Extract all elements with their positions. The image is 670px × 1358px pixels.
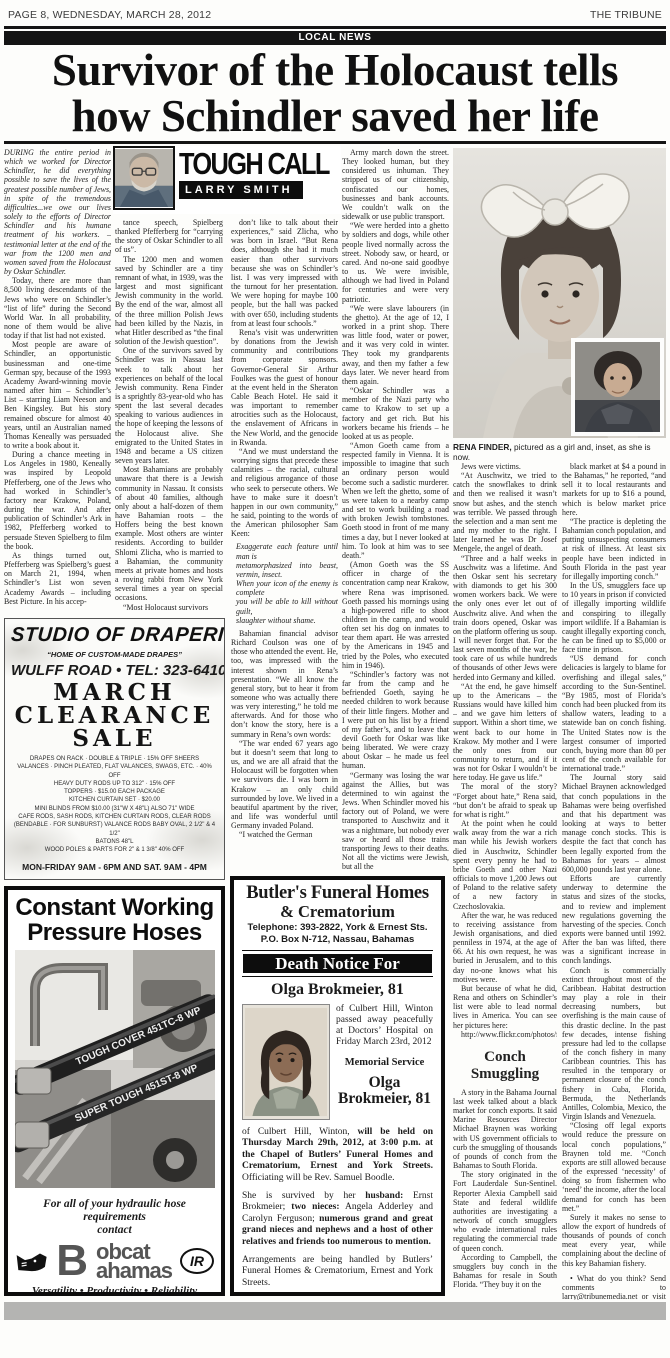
death-notice-banner: Death Notice For (242, 950, 433, 977)
paragraph: Most Bahamians are probably unaware that… (115, 465, 223, 602)
bottom-divider-bar (4, 1302, 666, 1320)
bobcat-brand-row: B obcat ahamas IR (15, 1241, 214, 1281)
headline: Survivor of the Holocaust tells how Schi… (0, 47, 670, 139)
hoses-ad-tagline: For all of your hydraulic hose requireme… (15, 1198, 214, 1237)
paragraph: slaughter without shame. (231, 616, 338, 625)
deceased-photo (242, 1004, 330, 1120)
paragraph: After the war, he was reduced to receivi… (453, 911, 557, 984)
top-rule (4, 26, 666, 29)
paragraph: At the point when he could walk away fro… (453, 819, 557, 911)
obituary-row: of Culbert Hill, Winton passed away peac… (242, 1004, 433, 1120)
paragraph: TOPPERS · $15.00 EACH PACKAGE (11, 788, 218, 796)
paragraph: Bahamian financial advisor Richard Couls… (231, 629, 338, 739)
paragraph: During a chance meeting in Los Angeles i… (4, 450, 111, 551)
text-segment: of Culbert Hill, Winton, (242, 1127, 358, 1137)
paper-name: THE TRIBUNE (590, 9, 662, 21)
service-name-line2: Brokmeier, 81 (336, 1091, 433, 1107)
paragraph: MINI BLINDS FROM $10.00 (31"W X 48"L) AL… (11, 805, 218, 813)
photo-caption: RENA FINDER, pictured as a girl and, ins… (453, 442, 666, 462)
funeral-home-contact: Telephone: 393-2822, York & Ernest Sts. … (242, 922, 433, 945)
paragraph: CAFE RODS, SASH RODS, KITCHEN CURTAIN RO… (11, 813, 218, 821)
column-1-paragraphs: Today, there are more than 8,500 living … (4, 276, 111, 606)
paragraph: black market at $4 a pound in the Bahama… (562, 462, 666, 517)
ir-logo-icon: IR (180, 1248, 214, 1274)
studio-ad-name: STUDIO OF DRAPERIES (10, 624, 219, 647)
paragraph: “And we must understand the worrying sig… (231, 447, 338, 539)
studio-ad-items: DRAPES ON RACK · DOUBLE & TRIPLE · 15% O… (11, 755, 218, 855)
sale-line-2: CLEARANCE (11, 704, 218, 727)
paragraph: When your icon of the enemy is complete (231, 579, 338, 597)
obit-intro-text: of Culbert Hill, Winton passed away peac… (336, 1004, 433, 1048)
paragraph: The Journal story said Michael Braynen a… (562, 773, 666, 874)
funeral-home-name2: & Crematorium (242, 903, 433, 920)
paragraph: The 1200 men and women saved by Schindle… (115, 255, 223, 347)
column-5-paragraphs: Jews were victims.“At Auschwitz, we trie… (453, 462, 557, 1039)
paragraph: “Most Holocaust survivors (115, 603, 223, 612)
conch-smuggling-heading: Conch Smuggling (453, 1049, 557, 1083)
girl-portrait-image (453, 148, 666, 438)
paragraph: (Amon Goeth was the SS officer in charge… (342, 560, 449, 670)
tough-call-text: TOUGH CALL LARRY SMITH (179, 146, 362, 214)
paragraph: Army march down the street. They looked … (342, 148, 449, 221)
column-byline: LARRY SMITH (179, 181, 303, 199)
paragraph: “I watched the German (231, 830, 338, 839)
paragraph: KITCHEN CURTAIN SET · $20.00 (11, 796, 218, 804)
paragraph: don’t like to talk about their experienc… (231, 218, 338, 328)
column-3-paragraphs: don’t like to talk about their experienc… (231, 218, 338, 538)
service-details: of Culbert Hill, Winton, will be held on… (242, 1127, 433, 1184)
bobcat-brand-words: obcat ahamas (96, 1242, 172, 1280)
paragraph: The moral of the story? “Forget about ha… (453, 782, 557, 819)
paragraph: A story in the Bahama Journal last week … (453, 1088, 557, 1170)
tough-call-logo: TOUGH CALL LARRY SMITH (113, 146, 341, 214)
rena-finder-photo (453, 148, 666, 438)
paragraph: “Germany was losing the war against the … (342, 771, 449, 872)
paragraph: The story originated in the Fort Lauderd… (453, 1170, 557, 1252)
article-column-2: tance speech, Spielberg thanked Pfefferb… (115, 218, 223, 616)
paragraph: “Schindler’s factory was not far from th… (342, 670, 449, 771)
obituary-intro-block: of Culbert Hill, Winton passed away peac… (336, 1004, 433, 1120)
text-segment: Officiating will be Rev. Samuel Boodle. (242, 1173, 395, 1183)
paragraph: Most people are aware of Schindler, an o… (4, 340, 111, 450)
paragraph: “We were slave labourers (in the ghetto)… (342, 304, 449, 386)
section-banner: LOCAL NEWS (4, 31, 666, 45)
caption-name: RENA FINDER, (453, 442, 512, 452)
sale-line-3: SALE (11, 727, 218, 750)
bobcat-logo-icon (15, 1248, 48, 1274)
brand-word-ahamas: ahamas (96, 1261, 172, 1280)
studio-ad-tagline: “HOME OF CUSTOM-MADE DRAPES” (11, 650, 218, 659)
paragraph: VALANCES · PINCH PLEATED, FLAT VALANCES,… (11, 763, 218, 780)
studio-of-draperies-ad: STUDIO OF DRAPERIES “HOME OF CUSTOM-MADE… (4, 618, 225, 880)
studio-ad-hours: MON-FRIDAY 9AM - 6PM AND SAT. 9AM - 4PM (11, 862, 218, 872)
paragraph: (BENDABLE · FOR SUNBURST) VALANCE RODS B… (11, 821, 218, 838)
hoses-ad-title: Constant Working Pressure Hoses (15, 895, 214, 945)
paragraph: “The war ended 67 years ago but it doesn… (231, 739, 338, 831)
funeral-pobox-line: P.O. Box N-712, Nassau, Bahamas (242, 934, 433, 946)
paragraph: tance speech, Spielberg thanked Pfefferb… (115, 218, 223, 255)
sam-keen-poem: Exaggerate each feature until man ismeta… (231, 542, 338, 624)
paragraph: According to Campbell, the smugglers buy… (453, 1253, 557, 1290)
article-column-3: don’t like to talk about their experienc… (231, 218, 338, 872)
paragraph: Today, there are more than 8,500 living … (4, 276, 111, 340)
paragraph: HEAVY DUTY RODS UP TO 312" · 15% OFF (11, 780, 218, 788)
funeral-phone-line: Telephone: 393-2822, York & Ernest Sts. (242, 922, 433, 934)
paragraph: WOOD POLES & PARTS FOR 2" & 1 3/8" 40% O… (11, 846, 218, 854)
column-title: TOUGH CALL (179, 148, 329, 180)
paragraph: Rena’s visit was underwritten by donatio… (231, 328, 338, 447)
paragraph: “US demand for conch delicacies is large… (562, 654, 666, 773)
page-date: PAGE 8, WEDNESDAY, MARCH 28, 2012 (8, 9, 211, 21)
paragraph: “Closing off legal exports would reduce … (562, 1121, 666, 1213)
pressure-hoses-ad: Constant Working Pressure Hoses TOUGH CO… (4, 886, 225, 1296)
headline-line1: Survivor of the Holocaust tells (0, 47, 670, 93)
paragraph: “At Auschwitz, we tried to catch the sno… (453, 471, 557, 553)
hoses-ad-values: Versatility • Productivity • Reliability (15, 1285, 214, 1296)
hoses-title-line2: Pressure Hoses (15, 920, 214, 945)
studio-ad-sale-title: MARCH CLEARANCE SALE (11, 681, 218, 750)
service-name: Olga Brokmeier, 81 (336, 1075, 433, 1107)
article-column-5: Jews were victims.“At Auschwitz, we trie… (453, 462, 557, 1300)
paragraph: “At the end, he gave himself up to the A… (453, 682, 557, 783)
paragraph: DRAPES ON RACK · DOUBLE & TRIPLE · 15% O… (11, 755, 218, 763)
column-4-paragraphs: Army march down the street. They looked … (342, 148, 449, 871)
newspaper-page: PAGE 8, WEDNESDAY, MARCH 28, 2012 THE TR… (0, 0, 670, 1358)
hoses-tagline-line1: For all of your hydraulic hose requireme… (15, 1198, 214, 1224)
article-column-6: black market at $4 a pound in the Bahama… (562, 462, 666, 1300)
service-name-line1: Olga (336, 1075, 433, 1091)
arrangements: Arrangements are being handled by Butler… (242, 1255, 433, 1289)
paragraph: Exaggerate each feature until man is (231, 542, 338, 560)
text-segment: She is survived by her (242, 1191, 365, 1201)
paragraph: “Three and a half weeks in Auschwitz was… (453, 554, 557, 682)
paragraph: Efforts are currently underway to determ… (562, 874, 666, 966)
article-column-4: Army march down the street. They looked … (342, 148, 449, 872)
paragraph: Jews were victims. (453, 462, 557, 471)
paragraph: BATONS 48"L (11, 838, 218, 846)
survived-by: She is survived by her husband: Ernst Br… (242, 1191, 433, 1248)
studio-ad-address: WULFF ROAD • TEL: 323-6410 (11, 662, 218, 679)
bobcat-brand-b: B (56, 1241, 88, 1281)
paragraph: Surely it makes no sense to allow the ex… (562, 1213, 666, 1268)
rena-inset-photo (571, 338, 664, 436)
paragraph: As things turned out, Pfefferberg was Sp… (4, 551, 111, 606)
headline-rule (4, 141, 666, 144)
paragraph: One of the survivors saved by Schindler … (115, 346, 223, 465)
hoses-title-line1: Constant Working (15, 895, 214, 920)
paragraph: But because of what he did, Rena and oth… (453, 984, 557, 1030)
column-6-paragraphs: black market at $4 a pound in the Bahama… (562, 462, 666, 1268)
text-segment: two nieces: (291, 1202, 339, 1212)
paragraph: “Oskar Schindler was a member of the Naz… (342, 386, 449, 441)
hoses-tagline-line2: contact (15, 1224, 214, 1237)
paragraph: Conch is commercially extinct throughout… (562, 966, 666, 1122)
sale-line-1: MARCH (11, 681, 218, 704)
paragraph: you will be able to kill without guilt, (231, 597, 338, 615)
column-3-paragraphs-b: Bahamian financial advisor Richard Couls… (231, 629, 338, 840)
text-segment: husband: (365, 1191, 403, 1201)
paragraph: “We were herded into a ghetto by soldier… (342, 221, 449, 303)
paragraph: “Amon Goeth came from a respected family… (342, 441, 449, 560)
column-5-conch-paragraphs: A story in the Bahama Journal last week … (453, 1088, 557, 1289)
paragraph: “The practice is depleting the Bahamian … (562, 517, 666, 581)
feedback-note: • What do you think? Send comments to la… (562, 1274, 666, 1300)
headline-line2: how Schindler saved her life (0, 93, 670, 139)
article-column-1: DURING the entire period in which we wor… (4, 148, 111, 616)
funeral-home-name: Butler's Funeral Homes (242, 884, 433, 903)
intro-paragraph: DURING the entire period in which we wor… (4, 148, 111, 276)
paragraph: metamorphasized into beast, vermin, inse… (231, 561, 338, 579)
hoses-product-image: TOUGH COVER 451TC-8 WP SUPER TOUGH 451ST… (15, 950, 215, 1188)
column-2-paragraphs: tance speech, Spielberg thanked Pfefferb… (115, 218, 223, 612)
paragraph: In the US, smugglers face up to 10 years… (562, 581, 666, 654)
columnist-photo (113, 146, 175, 210)
masthead-row: PAGE 8, WEDNESDAY, MARCH 28, 2012 THE TR… (8, 9, 662, 21)
deceased-name: Olga Brokmeier, 81 (242, 981, 433, 999)
butlers-funeral-ad: Butler's Funeral Homes & Crematorium Tel… (230, 876, 445, 1296)
paragraph: http://www.flickr.com/photos/facinghisto… (453, 1030, 557, 1039)
memorial-service-label: Memorial Service (336, 1057, 433, 1068)
